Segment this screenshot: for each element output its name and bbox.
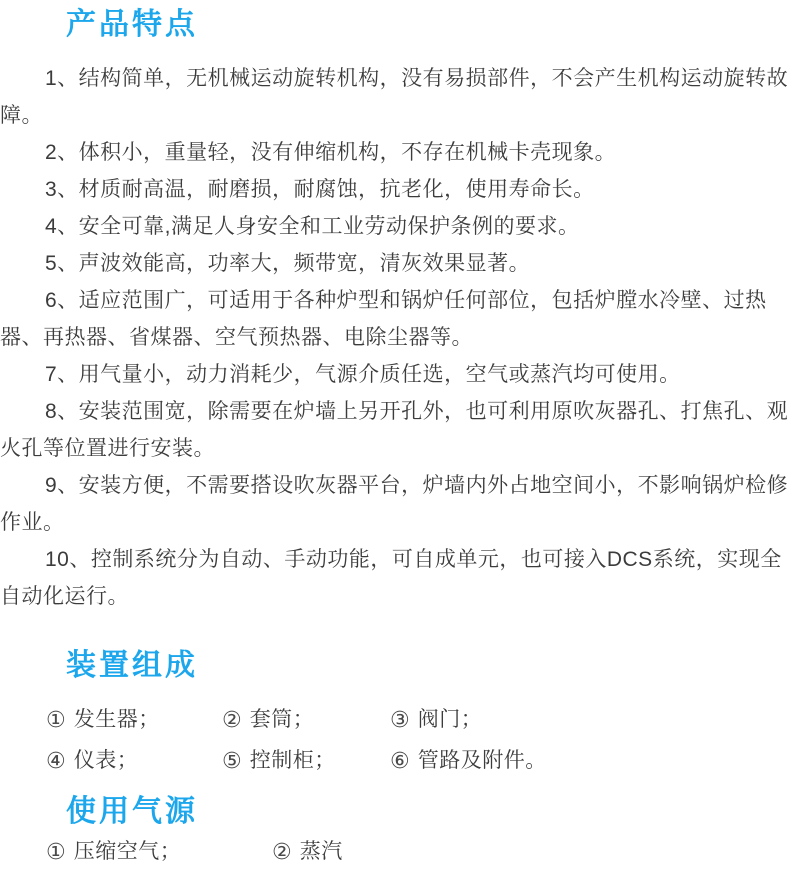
composition-item-2: ② 套筒； <box>222 699 390 740</box>
air-source-item-2: ② 蒸汽 <box>272 837 790 867</box>
composition-item-label: 阀门； <box>418 699 483 740</box>
composition-item-label: 发生器； <box>74 699 160 740</box>
circled-number-5-icon: ⑤ <box>222 740 242 781</box>
feature-item-9: 9、安装方便，不需要搭设吹灰器平台，炉墙内外占地空间小，不影响锅炉检修作业。 <box>0 467 790 541</box>
composition-item-5: ⑤ 控制柜； <box>222 740 390 781</box>
feature-item-8: 8、安装范围宽，除需要在炉墙上另开孔外，也可利用原吹灰器孔、打焦孔、观火孔等位置… <box>0 393 790 467</box>
circled-number-6-icon: ⑥ <box>390 740 410 781</box>
feature-list: 1、结构简单，无机械运动旋转机构，没有易损部件，不会产生机构运动旋转故障。 2、… <box>0 60 790 615</box>
composition-list: ① 发生器； ② 套筒； ③ 阀门； ④ 仪表； ⑤ 控制柜； ⑥ 管路及附件。 <box>46 699 790 781</box>
composition-item-1: ① 发生器； <box>46 699 222 740</box>
air-source-item-label: 蒸汽 <box>300 837 343 867</box>
feature-item-2: 2、体积小，重量轻，没有伸缩机构，不存在机械卡壳现象。 <box>0 134 790 171</box>
composition-item-label: 控制柜； <box>250 740 336 781</box>
circled-number-3-icon: ③ <box>390 699 410 740</box>
circled-number-4-icon: ④ <box>46 740 66 781</box>
air-source-list: ① 压缩空气； ② 蒸汽 <box>46 837 790 867</box>
composition-item-label: 套筒； <box>250 699 315 740</box>
composition-item-3: ③ 阀门； <box>390 699 790 740</box>
feature-item-10: 10、控制系统分为自动、手动功能，可自成单元，也可接入DCS系统，实现全自动化运… <box>0 541 790 615</box>
composition-item-label: 仪表； <box>74 740 139 781</box>
composition-item-6: ⑥ 管路及附件。 <box>390 740 790 781</box>
composition-item-4: ④ 仪表； <box>46 740 222 781</box>
circled-number-2-icon: ② <box>272 837 292 867</box>
feature-item-4: 4、安全可靠,满足人身安全和工业劳动保护条例的要求。 <box>0 208 790 245</box>
air-source-item-1: ① 压缩空气； <box>46 837 272 867</box>
circled-number-1-icon: ① <box>46 699 66 740</box>
section-title-product-features: 产品特点 <box>66 6 790 44</box>
feature-item-3: 3、材质耐高温，耐磨损，耐腐蚀，抗老化，使用寿命长。 <box>0 171 790 208</box>
document-page: { "page": { "accent_color": "#1ca7ec", "… <box>0 0 790 870</box>
section-title-device-composition: 装置组成 <box>66 647 790 685</box>
feature-item-5: 5、声波效能高，功率大，频带宽，清灰效果显著。 <box>0 245 790 282</box>
composition-item-label: 管路及附件。 <box>418 740 547 781</box>
air-source-item-label: 压缩空气； <box>74 837 182 867</box>
section-title-air-source: 使用气源 <box>66 793 790 831</box>
circled-number-2-icon: ② <box>222 699 242 740</box>
feature-item-1: 1、结构简单，无机械运动旋转机构，没有易损部件，不会产生机构运动旋转故障。 <box>0 60 790 134</box>
feature-item-6: 6、适应范围广，可适用于各种炉型和锅炉任何部位，包括炉膛水冷壁、过热器、再热器、… <box>0 282 790 356</box>
feature-item-7: 7、用气量小，动力消耗少，气源介质任选，空气或蒸汽均可使用。 <box>0 356 790 393</box>
circled-number-1-icon: ① <box>46 837 66 867</box>
